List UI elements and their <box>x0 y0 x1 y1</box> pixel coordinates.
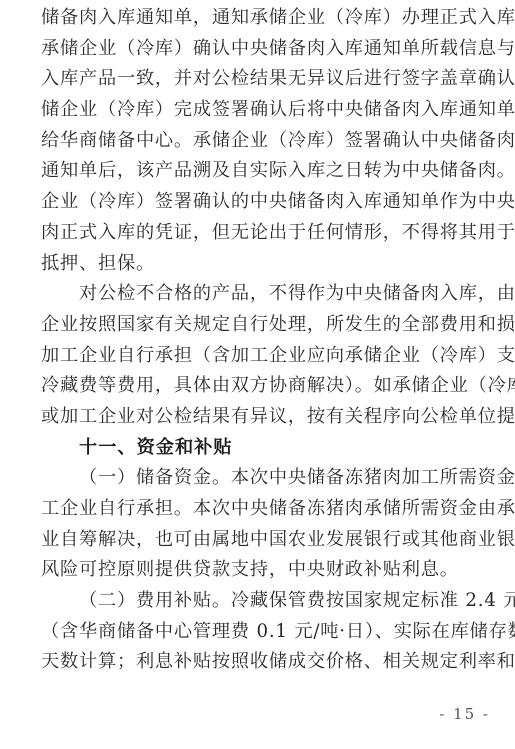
text-line: 风险可控原则提供贷款支持，中央财政补贴利息。 <box>41 555 493 586</box>
text-line: 储企业（冷库）完成签署确认后将中央储备肉入库通知单递交 <box>41 95 493 126</box>
text-line: 储备肉入库通知单，通知承储企业（冷库）办理正式入库手续。 <box>41 3 493 34</box>
text-line: 加工企业自行承担（含加工企业应向承储企业（冷库）支付的 <box>41 341 493 372</box>
paragraph-inbound-notice: 储备肉入库通知单，通知承储企业（冷库）办理正式入库手续。 承储企业（冷库）确认中… <box>41 3 493 279</box>
text-line: 承储企业（冷库）确认中央储备肉入库通知单所载信息与实际 <box>41 34 493 65</box>
section-heading: 十一、资金和补贴 <box>41 433 493 464</box>
text-line: 工企业自行承担。本次中央储备冻猪肉承储所需资金由承储企 <box>41 494 493 525</box>
text-line: 给华商储备中心。承储企业（冷库）签署确认中央储备肉入库 <box>41 126 493 157</box>
text-line: 企业按照国家有关规定自行处理，所发生的全部费用和损失由 <box>41 310 493 341</box>
text-line: 天数计算；利息补贴按照收储成交价格、相关规定利率和实际 <box>41 647 493 678</box>
text-line: 业自筹解决，也可由属地中国农业发展银行或其他商业银行按 <box>41 525 493 556</box>
text-line: 冷藏费等费用，具体由双方协商解决）。如承储企业（冷库） <box>41 371 493 402</box>
paragraph-failed-inspection: 对公检不合格的产品，不得作为中央储备肉入库，由加工 企业按照国家有关规定自行处理… <box>41 279 493 432</box>
text-line: 企业（冷库）签署确认的中央储备肉入库通知单作为中央储备 <box>41 187 493 218</box>
text-line: 对公检不合格的产品，不得作为中央储备肉入库，由加工 <box>41 279 493 310</box>
text-line: 肉正式入库的凭证，但无论出于任何情形，不得将其用于任何 <box>41 218 493 249</box>
text-line: （一）储备资金。本次中央储备冻猪肉加工所需资金由加 <box>41 463 493 494</box>
text-line: （二）费用补贴。冷藏保管费按国家规定标准 2.4 元/吨·日 <box>41 586 493 617</box>
paragraph-reserve-funds: （一）储备资金。本次中央储备冻猪肉加工所需资金由加 工企业自行承担。本次中央储备… <box>41 463 493 586</box>
document-page: 储备肉入库通知单，通知承储企业（冷库）办理正式入库手续。 承储企业（冷库）确认中… <box>41 3 493 678</box>
text-line: 通知单后，该产品溯及自实际入库之日转为中央储备肉。承储 <box>41 156 493 187</box>
paragraph-expense-subsidy: （二）费用补贴。冷藏保管费按国家规定标准 2.4 元/吨·日 （含华商储备中心管… <box>41 586 493 678</box>
text-line: 抵押、担保。 <box>41 249 493 280</box>
text-line: 或加工企业对公检结果有异议，按有关程序向公检单位提出。 <box>41 402 493 433</box>
page-number: - 15 - <box>439 705 490 723</box>
text-line: （含华商储备中心管理费 0.1 元/吨·日）、实际在库储存数量和 <box>41 617 493 648</box>
text-line: 入库产品一致，并对公检结果无异议后进行签字盖章确认，承 <box>41 64 493 95</box>
